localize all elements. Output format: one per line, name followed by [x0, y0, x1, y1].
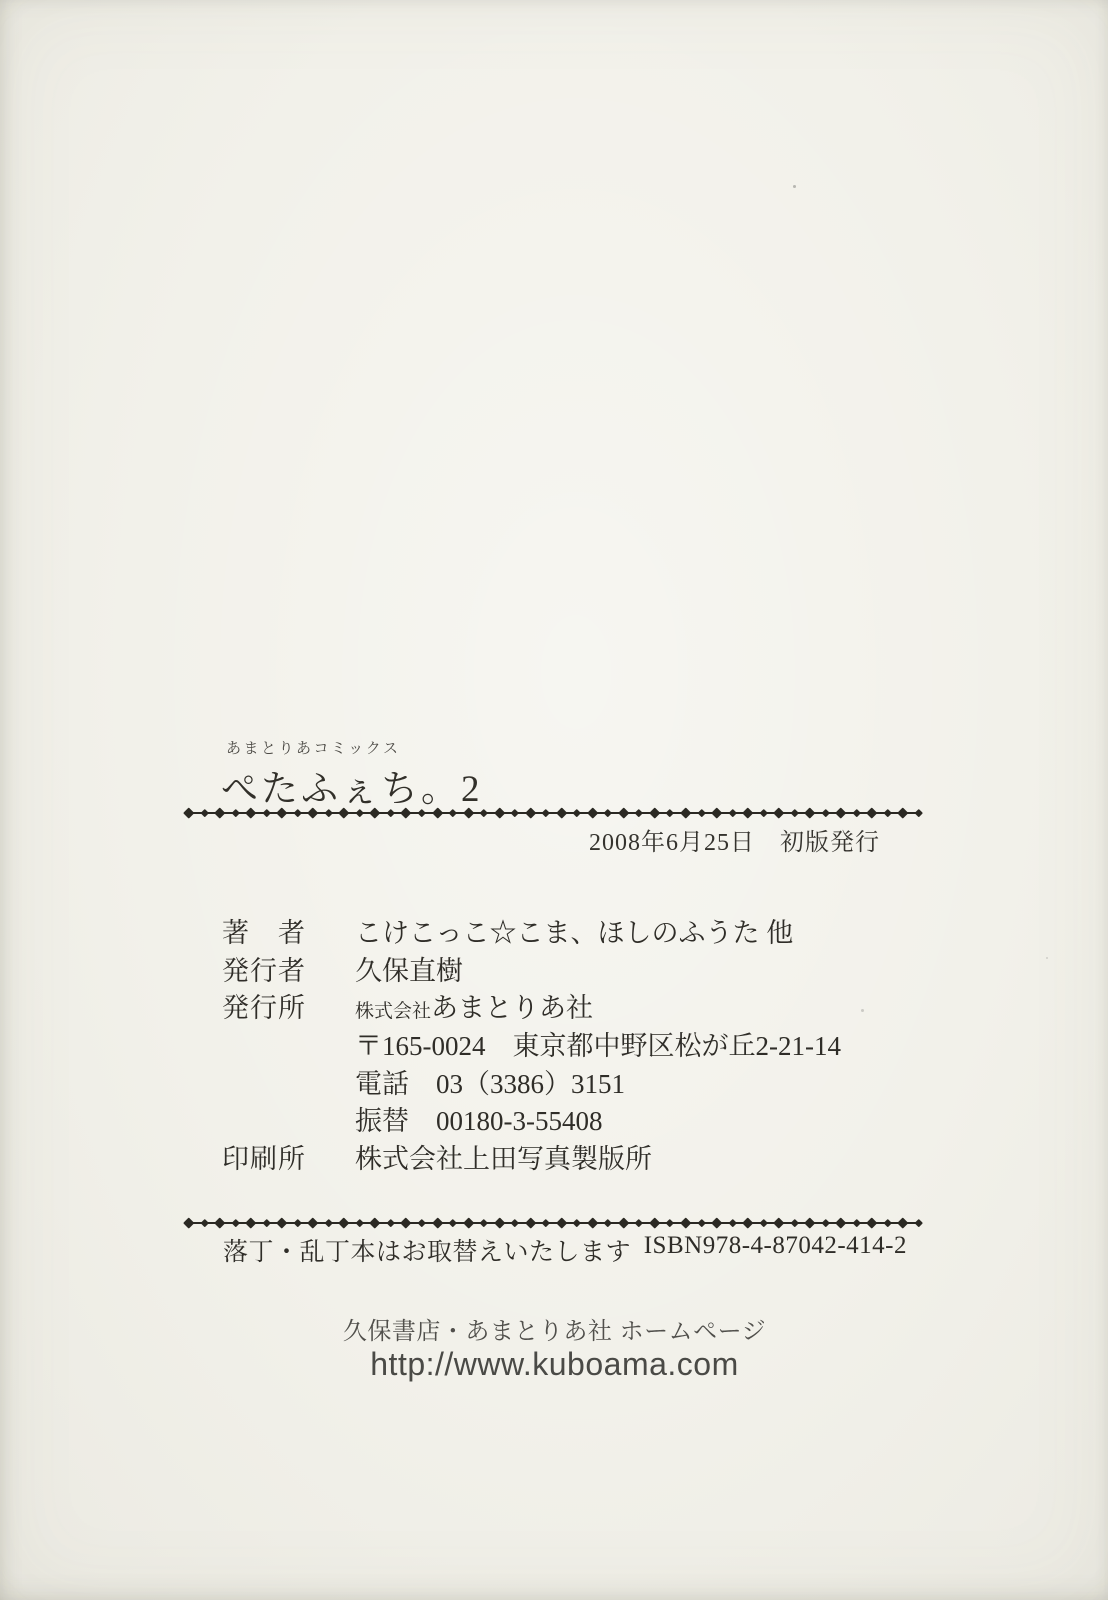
diamond-glyph — [294, 809, 302, 817]
diamond-glyph — [263, 809, 271, 817]
diamond-glyph — [822, 809, 830, 817]
diamond-glyph — [805, 807, 816, 818]
diamond-glyph — [884, 809, 892, 817]
info-label: 発行者 — [222, 949, 355, 988]
diamond-glyph — [511, 809, 519, 817]
diamond-glyph — [760, 809, 768, 817]
diamond-glyph — [294, 1219, 302, 1227]
diamond-glyph — [263, 1219, 271, 1227]
diamond-glyph — [635, 809, 643, 817]
diamond-glyph — [183, 807, 194, 818]
diamond-glyph — [760, 1219, 768, 1227]
info-label: 著 者 — [222, 911, 355, 950]
info-row-printer: 印刷所 株式会社上田写真製版所 — [222, 1138, 942, 1176]
diamond-glyph — [618, 807, 629, 818]
book-title: ぺたふぇち。2 — [221, 758, 483, 812]
info-row-postal-transfer: 振替 00180-3-55408 — [222, 1100, 942, 1138]
diamond-glyph — [680, 1217, 691, 1228]
diamond-glyph — [356, 1219, 364, 1227]
diamond-glyph — [432, 1217, 443, 1228]
diamond-glyph — [432, 807, 443, 818]
paper-speck — [1046, 957, 1048, 959]
diamond-glyph — [712, 807, 723, 818]
diamond-glyph — [898, 807, 909, 818]
diamond-glyph — [463, 807, 474, 818]
company-type-prefix: 株式会社 — [355, 1001, 431, 1022]
edition-date: 2008年6月25日 初版発行 — [185, 822, 880, 857]
diamond-glyph — [791, 809, 799, 817]
diamond-divider-top — [185, 806, 922, 819]
diamond-glyph — [556, 1217, 567, 1228]
diamond-glyph — [774, 1217, 785, 1228]
diamond-glyph — [494, 1217, 505, 1228]
paper-speck — [793, 185, 796, 188]
diamond-glyph — [635, 1219, 643, 1227]
diamond-glyph — [915, 809, 923, 817]
diamond-glyph — [805, 1217, 816, 1228]
diamond-glyph — [587, 807, 598, 818]
isbn: ISBN978-4-87042-414-2 — [644, 1232, 907, 1268]
info-value: 株式会社上田写真製版所 — [355, 1137, 652, 1176]
info-value: 株式会社あまとりあ社 — [355, 986, 593, 1025]
diamond-glyph — [511, 1219, 519, 1227]
info-label: 発行所 — [222, 986, 355, 1025]
diamond-glyph — [791, 1219, 799, 1227]
info-row-address: 〒165-0024 東京都中野区松が丘2-21-14 — [222, 1025, 942, 1063]
diamond-glyph — [418, 1219, 426, 1227]
diamond-glyph — [277, 807, 288, 818]
diamond-glyph — [215, 1217, 226, 1228]
notice-row: 落丁・乱丁本はお取替えいたします ISBN978-4-87042-414-2 — [185, 1232, 907, 1268]
diamond-glyph — [401, 807, 412, 818]
homepage-url: http://www.kuboama.com — [187, 1346, 922, 1383]
diamond-glyph — [680, 807, 691, 818]
diamond-glyph — [743, 807, 754, 818]
diamond-glyph — [370, 1217, 381, 1228]
homepage-label: 久保書店・あまとりあ社 ホームページ — [187, 1311, 922, 1346]
diamond-glyph — [463, 1217, 474, 1228]
diamond-glyph — [728, 809, 736, 817]
diamond-glyph — [728, 1219, 736, 1227]
diamond-glyph — [556, 807, 567, 818]
diamond-glyph — [604, 809, 612, 817]
info-row-phone: 電話 03（3386）3151 — [222, 1062, 942, 1100]
diamond-glyph — [356, 809, 364, 817]
diamond-glyph — [525, 807, 536, 818]
diamond-glyph — [666, 1219, 674, 1227]
diamond-glyph — [822, 1219, 830, 1227]
info-row-author: 著 者 こけこっこ☆こま、ほしのふうた 他 — [222, 912, 942, 950]
diamond-glyph — [277, 1217, 288, 1228]
publication-info: 著 者 こけこっこ☆こま、ほしのふうた 他 発行者 久保直樹 発行所 株式会社あ… — [222, 912, 942, 1175]
diamond-glyph — [215, 807, 226, 818]
company-name: あまとりあ社 — [431, 993, 593, 1023]
diamond-glyph — [387, 809, 395, 817]
diamond-glyph — [836, 1217, 847, 1228]
diamond-glyph — [308, 807, 319, 818]
diamond-glyph — [743, 1217, 754, 1228]
diamond-glyph — [697, 809, 705, 817]
diamond-glyph — [898, 1217, 909, 1228]
info-row-publisher-person: 発行者 久保直樹 — [222, 950, 942, 988]
diamond-glyph — [246, 807, 257, 818]
diamond-glyph — [853, 809, 861, 817]
diamond-glyph — [370, 807, 381, 818]
diamond-glyph — [618, 1217, 629, 1228]
info-row-publisher-company: 発行所 株式会社あまとりあ社 — [222, 987, 942, 1025]
diamond-glyph — [200, 1219, 208, 1227]
info-value: 久保直樹 — [355, 949, 463, 988]
diamond-glyph — [200, 809, 208, 817]
diamond-glyph — [774, 807, 785, 818]
diamond-glyph — [480, 1219, 488, 1227]
info-value: 〒165-0024 東京都中野区松が丘2-21-14 — [355, 1024, 841, 1063]
diamond-glyph — [308, 1217, 319, 1228]
diamond-glyph — [325, 1219, 333, 1227]
diamond-glyph — [573, 809, 581, 817]
diamond-glyph — [231, 1219, 239, 1227]
diamond-glyph — [339, 1217, 350, 1228]
diamond-glyph — [449, 809, 457, 817]
diamond-glyph — [525, 1217, 536, 1228]
diamond-glyph — [649, 807, 660, 818]
diamond-glyph — [401, 1217, 412, 1228]
diamond-glyph — [542, 1219, 550, 1227]
diamond-glyph — [666, 809, 674, 817]
series-label: あまとりあコミックス — [226, 737, 401, 758]
diamond-glyph — [649, 1217, 660, 1228]
diamond-glyph — [836, 807, 847, 818]
colophon-page: あまとりあコミックス ぺたふぇち。2 2008年6月25日 初版発行 著 者 こ… — [0, 0, 1108, 1600]
diamond-glyph — [712, 1217, 723, 1228]
diamond-glyph — [867, 807, 878, 818]
diamond-glyph — [573, 1219, 581, 1227]
diamond-glyph — [418, 809, 426, 817]
diamond-glyph — [542, 809, 550, 817]
defect-notice: 落丁・乱丁本はお取替えいたします — [223, 1232, 631, 1268]
info-value: こけこっこ☆こま、ほしのふうた 他 — [355, 911, 793, 950]
diamond-glyph — [587, 1217, 598, 1228]
diamond-glyph — [697, 1219, 705, 1227]
diamond-glyph — [884, 1219, 892, 1227]
diamond-glyph — [480, 809, 488, 817]
diamond-glyph — [339, 807, 350, 818]
diamond-glyph — [604, 1219, 612, 1227]
diamond-glyph — [853, 1219, 861, 1227]
diamond-glyph — [915, 1219, 923, 1227]
diamond-glyph — [231, 809, 239, 817]
diamond-glyph — [494, 807, 505, 818]
info-value: 電話 03（3386）3151 — [355, 1062, 625, 1101]
diamond-glyph — [387, 1219, 395, 1227]
info-value: 振替 00180-3-55408 — [355, 1099, 602, 1138]
diamond-glyph — [449, 1219, 457, 1227]
info-label: 印刷所 — [222, 1137, 355, 1176]
diamond-glyph — [867, 1217, 878, 1228]
diamond-divider-bottom — [185, 1216, 922, 1229]
diamond-glyph — [183, 1217, 194, 1228]
diamond-glyph — [246, 1217, 257, 1228]
diamond-glyph — [325, 809, 333, 817]
